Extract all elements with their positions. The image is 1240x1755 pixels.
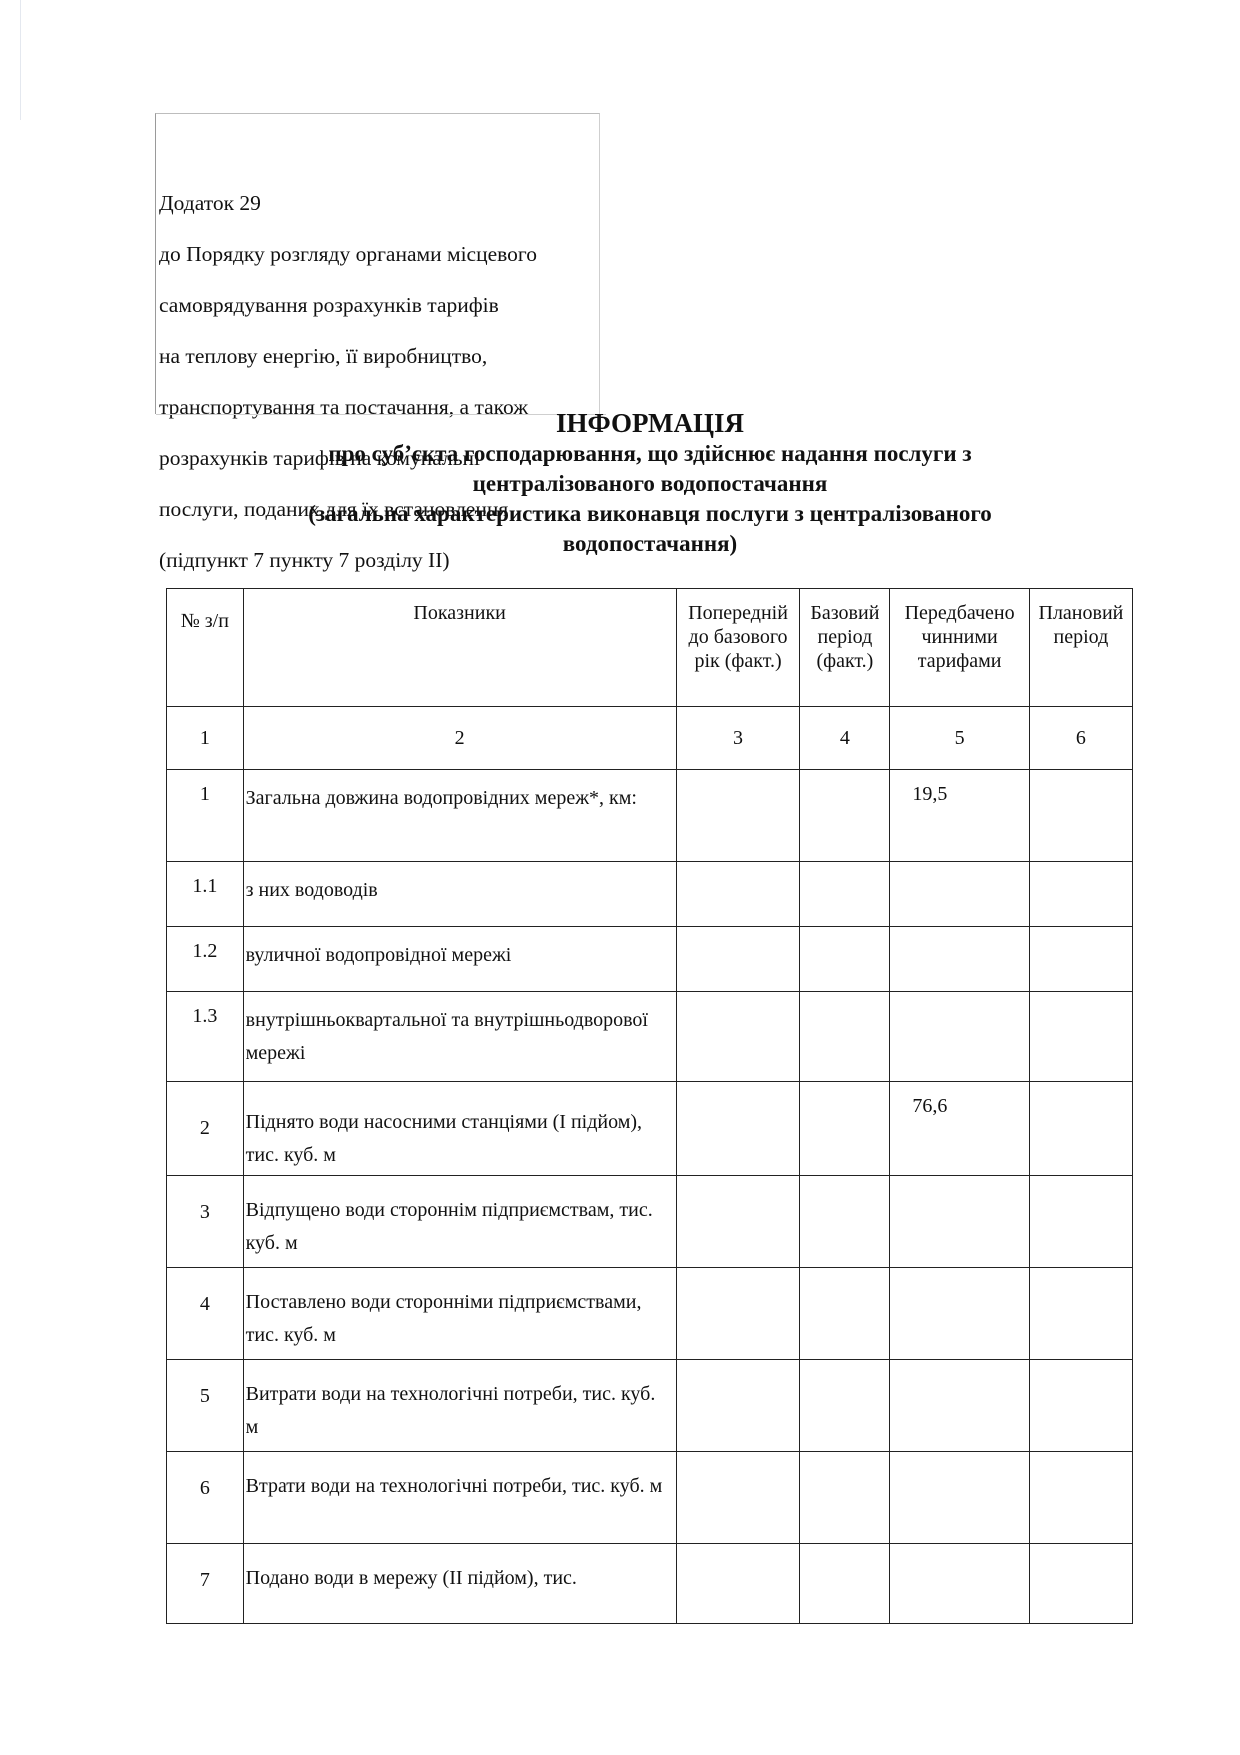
cell-planned-period	[1029, 1176, 1132, 1268]
cell-prev-year	[676, 1360, 800, 1452]
row-indicator: Втрати води на технологічні потреби, тис…	[243, 1452, 676, 1544]
cell-base-period	[800, 1360, 890, 1452]
header-name: Показники	[243, 589, 676, 707]
column-index: 5	[890, 707, 1029, 770]
cell-current-tariffs	[890, 1360, 1029, 1452]
column-index: 4	[800, 707, 890, 770]
annex-line: Додаток 29	[159, 191, 537, 217]
row-number: 6	[167, 1452, 244, 1544]
column-index: 3	[676, 707, 800, 770]
cell-prev-year	[676, 1268, 800, 1360]
table-row: 4 Поставлено води сторонніми підприємств…	[167, 1268, 1133, 1360]
cell-base-period	[800, 1268, 890, 1360]
cell-planned-period	[1029, 1452, 1132, 1544]
cell-base-period	[800, 770, 890, 862]
cell-current-tariffs	[890, 1268, 1029, 1360]
cell-planned-period	[1029, 1268, 1132, 1360]
table-row: 2 Піднято води насосними станціями (І пі…	[167, 1082, 1133, 1176]
cell-planned-period	[1029, 927, 1132, 992]
title-subline: водопостачання)	[160, 529, 1140, 559]
cell-planned-period	[1029, 992, 1132, 1082]
row-number: 3	[167, 1176, 244, 1268]
cell-current-tariffs	[890, 862, 1029, 927]
row-indicator: Витрати води на технологічні потреби, ти…	[243, 1360, 676, 1452]
row-number: 1.2	[167, 927, 244, 992]
cell-base-period	[800, 862, 890, 927]
cell-prev-year	[676, 770, 800, 862]
column-index: 6	[1029, 707, 1132, 770]
cell-base-period	[800, 927, 890, 992]
row-indicator: Відпущено води стороннім підприємствам, …	[243, 1176, 676, 1268]
header-col6: Плановий період	[1029, 589, 1132, 707]
cell-base-period	[800, 1452, 890, 1544]
title-subline: про суб’єкта господарювання, що здійснює…	[160, 439, 1140, 469]
cell-planned-period	[1029, 1544, 1132, 1624]
cell-current-tariffs	[890, 1452, 1029, 1544]
table-header-row: № з/п Показники Попередній до базового р…	[167, 589, 1133, 707]
cell-current-tariffs	[890, 992, 1029, 1082]
annex-line: самоврядування розрахунків тарифів	[159, 293, 537, 319]
cell-base-period	[800, 992, 890, 1082]
document-title: ІНФОРМАЦІЯ про суб’єкта господарювання, …	[160, 407, 1140, 559]
row-indicator: вуличної водопровідної мережі	[243, 927, 676, 992]
row-indicator: Поставлено води сторонніми підприємствам…	[243, 1268, 676, 1360]
cell-planned-period	[1029, 770, 1132, 862]
cell-prev-year	[676, 1176, 800, 1268]
cell-planned-period	[1029, 862, 1132, 927]
row-indicator: внутрішньоквартальної та внутрішньодворо…	[243, 992, 676, 1082]
scan-edge-mark	[20, 0, 21, 120]
table-row: 7 Подано води в мережу (ІІ підйом), тис.	[167, 1544, 1133, 1624]
row-indicator: Загальна довжина водопровідних мереж*, к…	[243, 770, 676, 862]
header-col3: Попередній до базового рік (факт.)	[676, 589, 800, 707]
title-subline: централізованого водопостачання	[160, 469, 1140, 499]
cell-prev-year	[676, 862, 800, 927]
title-main: ІНФОРМАЦІЯ	[160, 407, 1140, 439]
row-number: 2	[167, 1082, 244, 1176]
row-number: 1.1	[167, 862, 244, 927]
cell-base-period	[800, 1544, 890, 1624]
table-row: 1 Загальна довжина водопровідних мереж*,…	[167, 770, 1133, 862]
cell-planned-period	[1029, 1082, 1132, 1176]
cell-planned-period	[1029, 1360, 1132, 1452]
cell-prev-year	[676, 1082, 800, 1176]
cell-prev-year	[676, 992, 800, 1082]
cell-prev-year	[676, 1544, 800, 1624]
table-row: 5 Витрати води на технологічні потреби, …	[167, 1360, 1133, 1452]
cell-current-tariffs	[890, 927, 1029, 992]
cell-current-tariffs: 19,5	[890, 770, 1029, 862]
row-number: 4	[167, 1268, 244, 1360]
table-row: 1.3 внутрішньоквартальної та внутрішньод…	[167, 992, 1133, 1082]
header-col5: Передбачено чинними тарифами	[890, 589, 1029, 707]
cell-prev-year	[676, 1452, 800, 1544]
cell-prev-year	[676, 927, 800, 992]
title-subline: (загальна характеристика виконавця послу…	[160, 499, 1140, 529]
row-indicator: з них водоводів	[243, 862, 676, 927]
row-indicator: Піднято води насосними станціями (І підй…	[243, 1082, 676, 1176]
table-row: 1.1 з них водоводів	[167, 862, 1133, 927]
annex-reference-box: Додаток 29 до Порядку розгляду органами …	[155, 113, 600, 414]
table-row: 3 Відпущено води стороннім підприємствам…	[167, 1176, 1133, 1268]
row-number: 1.3	[167, 992, 244, 1082]
column-index: 2	[243, 707, 676, 770]
cell-base-period	[800, 1176, 890, 1268]
cell-current-tariffs	[890, 1544, 1029, 1624]
column-index: 1	[167, 707, 244, 770]
annex-line: на теплову енергію, її виробництво,	[159, 344, 537, 370]
cell-current-tariffs	[890, 1176, 1029, 1268]
row-number: 1	[167, 770, 244, 862]
row-number: 5	[167, 1360, 244, 1452]
table-row: 6 Втрати води на технологічні потреби, т…	[167, 1452, 1133, 1544]
row-number: 7	[167, 1544, 244, 1624]
table-row: 1.2 вуличної водопровідної мережі	[167, 927, 1133, 992]
indicators-table: № з/п Показники Попередній до базового р…	[166, 588, 1133, 1624]
row-indicator: Подано води в мережу (ІІ підйом), тис.	[243, 1544, 676, 1624]
cell-base-period	[800, 1082, 890, 1176]
annex-line: до Порядку розгляду органами місцевого	[159, 242, 537, 268]
header-num: № з/п	[167, 589, 244, 707]
header-col4: Базовий період (факт.)	[800, 589, 890, 707]
column-index-row: 1 2 3 4 5 6	[167, 707, 1133, 770]
cell-current-tariffs: 76,6	[890, 1082, 1029, 1176]
